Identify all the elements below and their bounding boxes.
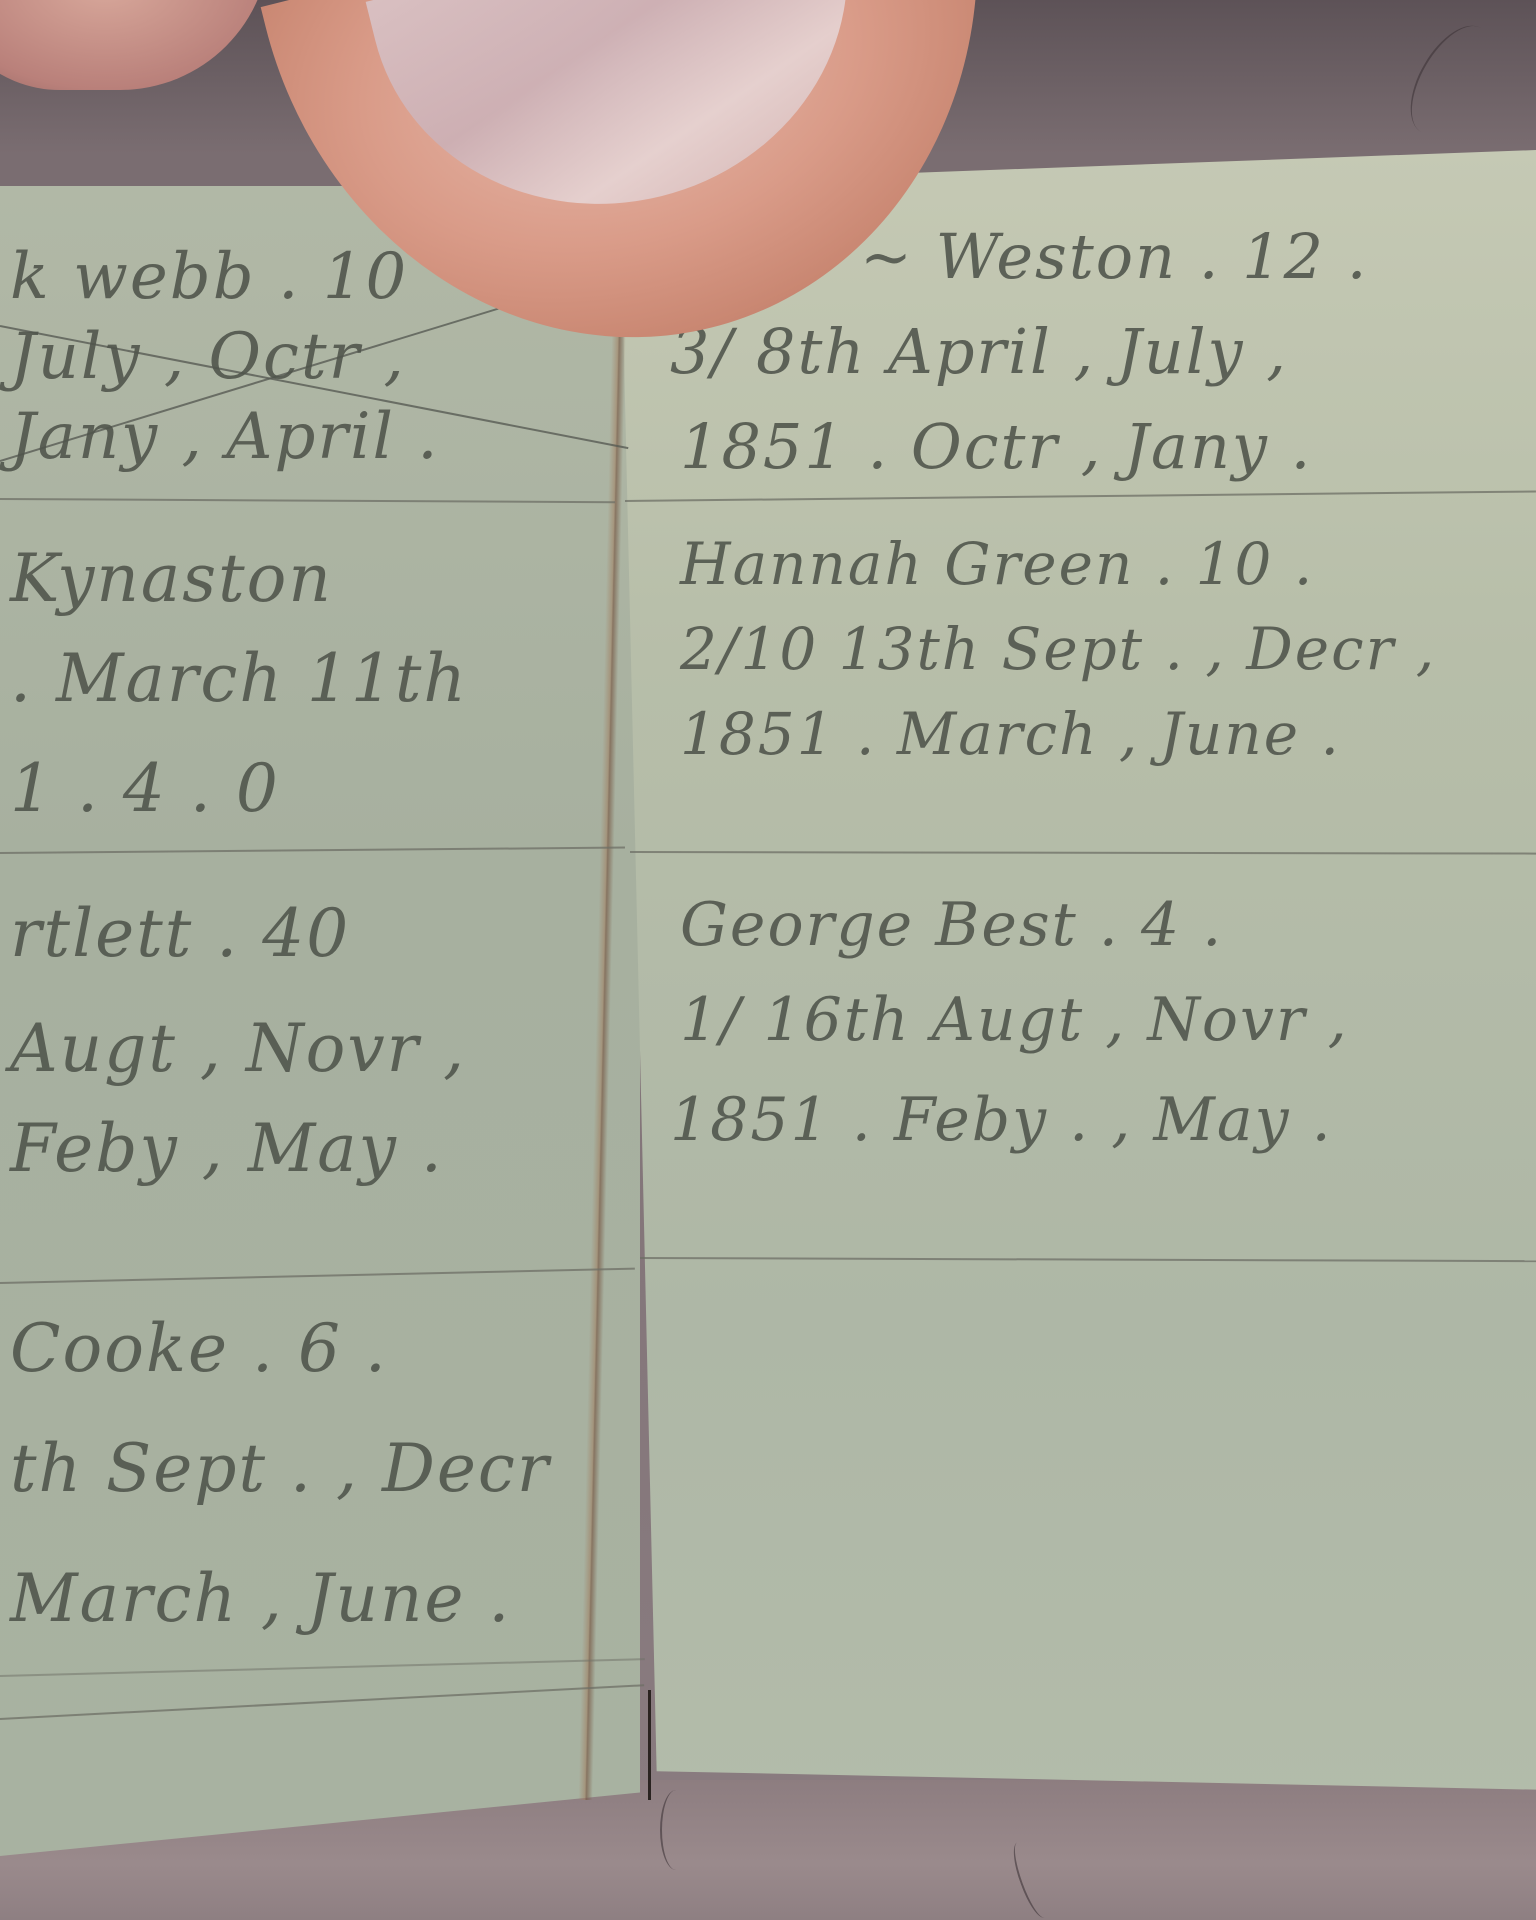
- handwritten-line: Jany , April .: [10, 400, 440, 474]
- handwritten-line: Kynaston: [10, 540, 333, 617]
- gutter-crack: [648, 1690, 651, 1800]
- handwritten-line: . March 11th: [10, 640, 468, 717]
- handwritten-line: 1851 . March , June .: [680, 700, 1341, 768]
- handwritten-line: Cooke . 6 .: [10, 1310, 388, 1387]
- handwritten-line: 3/ 8th April , July ,: [670, 315, 1288, 388]
- handwritten-line: Augt , Novr ,: [10, 1010, 466, 1087]
- handwritten-line: Feby , May .: [10, 1110, 444, 1187]
- handwritten-line: 1/ 16th Augt , Novr ,: [680, 985, 1349, 1055]
- handwritten-line: th Sept . , Decr: [10, 1430, 550, 1507]
- handwritten-line: ~ Weston . 12 .: [860, 220, 1368, 293]
- handwritten-line: 1851 . Feby . , May .: [670, 1085, 1333, 1155]
- handwritten-line: 1851 . Octr , Jany .: [680, 410, 1312, 483]
- handwritten-line: July , Octr ,: [10, 320, 406, 394]
- handwritten-line: 1 . 4 . 0: [10, 750, 280, 827]
- handwritten-line: March , June .: [10, 1560, 511, 1637]
- surface-fiber: [660, 1790, 692, 1870]
- handwritten-line: Hannah Green . 10 .: [680, 530, 1314, 598]
- handwritten-line: k webb . 10: [10, 240, 408, 314]
- handwritten-line: rtlett . 40: [10, 895, 350, 972]
- handwritten-line: George Best . 4 .: [680, 890, 1223, 960]
- handwritten-line: 2/10 13th Sept . , Decr ,: [680, 615, 1436, 683]
